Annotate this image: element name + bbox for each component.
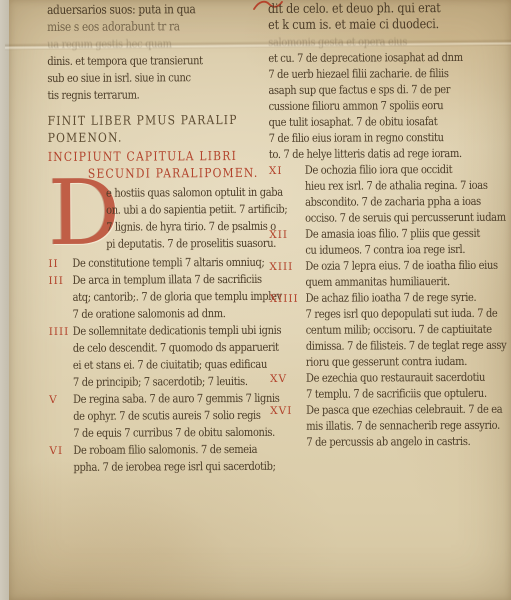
chapter-numeral: XV — [270, 371, 287, 387]
left-column: aduersarios suos: puta in quamise s eos … — [47, 1, 265, 476]
capitula-list-left: IIDe constitutione templi 7 altaris omni… — [48, 254, 265, 476]
text-line: De arca in templum illata 7 de sacrifici… — [72, 271, 237, 289]
text-line: rioru que gesserunt contra iudam. — [306, 353, 485, 370]
chapter-numeral: III — [48, 273, 64, 290]
text-line: 7 de percussis ab angelo in castris. — [306, 433, 485, 450]
text-line: abscondito. 7 de zacharia ppha a ioas — [305, 193, 484, 210]
capitula-list-right: XIDe ochozia filio iora que occidithieu … — [269, 161, 511, 450]
capitulum-text: De amasia ioas filio. 7 pliis que gessit… — [305, 225, 511, 258]
chapter-numeral: XI — [269, 163, 283, 179]
text-line: to. 7 de helye litteris datis ad rege io… — [269, 145, 479, 162]
text-line: De achaz filio ioatha 7 de rege syrie. — [306, 289, 485, 306]
capitulum-text: De achaz filio ioatha 7 de rege syrie.7 … — [306, 289, 511, 370]
text-line: salomonis gesta et opera eius — [268, 33, 478, 50]
right-column: dit de celo. et deuo ph. qui eratet k cu… — [268, 1, 511, 450]
text-line: 7 de equis 7 curribus 7 de obitu salomon… — [73, 424, 238, 442]
text-line: sub eo siue in isrl. siue in cunc — [47, 69, 233, 87]
text-line: 7 reges isrl quo depopulati sut iuda. 7 … — [306, 305, 485, 322]
chapter-numeral: VI — [49, 443, 63, 460]
explicit-title: FINIT LIBER PMUS PARALIP POMENON. — [48, 111, 264, 146]
text-line: hieu rex isrl. 7 de athalia regina. 7 io… — [305, 177, 484, 194]
chapter-numeral: V — [49, 392, 58, 409]
text-line: De pasca que ezechias celebrauit. 7 de e… — [306, 401, 485, 418]
text-line: De roboam filio salomonis. 7 de semeia — [73, 441, 238, 459]
text-line: mis illatis. 7 de sennacherib rege assyr… — [306, 417, 485, 434]
text-line: ei et stans ei. 7 de ciuitatib; quas edi… — [73, 356, 238, 374]
capitulum-text: De arca in templum illata 7 de sacrifici… — [72, 271, 264, 323]
text-line: dinis. et tempora que transierunt — [47, 52, 233, 70]
illuminated-initial-d: D — [48, 181, 102, 253]
capitulum-entry: XIIDe amasia ioas filio. 7 pliis que ges… — [305, 225, 511, 258]
text-line: 7 de uerb hiezael filii zacharie. de fil… — [268, 65, 478, 82]
capitulum-text: De constitutione templi 7 altaris omniuq… — [72, 254, 264, 272]
text-line: ppha. 7 de ierobea rege isrl qui sacerdo… — [73, 458, 238, 476]
text-line: dit de celo. et deuo ph. qui erat — [268, 1, 478, 18]
text-line: quem ammanitas humiliauerit. — [305, 273, 484, 290]
capitulum-text: De ochozia filio iora que occidithieu re… — [305, 161, 511, 226]
capitulum-entry: XIDe ochozia filio iora que occidithieu … — [305, 161, 511, 226]
capitulum-entry: XIIIDe ozia 7 lepra eius. 7 de ioatha fi… — [305, 257, 511, 290]
text-line: occiso. 7 de seruis qui percusserunt iud… — [305, 209, 484, 226]
text-line: de celo descendit. 7 quomodo ds apparuer… — [73, 339, 238, 357]
capitulum-entry: XIIIIDe achaz filio ioatha 7 de rege syr… — [306, 289, 511, 370]
chapter-numeral: XIIII — [270, 291, 299, 307]
text-line: De regina saba. 7 de auro 7 gemmis 7 lig… — [73, 390, 238, 408]
parchment-page: aduersarios suos: puta in quamise s eos … — [9, 0, 511, 600]
text-line: 7 templu. 7 de sacrificiis que optuleru. — [306, 385, 485, 402]
chapter-numeral: II — [48, 256, 58, 273]
text-line: e hostiis quas salomon optulit in gaba — [106, 184, 242, 202]
chapter-numeral: XII — [269, 227, 288, 243]
capitulum-text: De roboam filio salomonis. 7 de semeiapp… — [73, 441, 265, 476]
chapter-numeral: XVI — [270, 403, 292, 419]
right-column-fragment: dit de celo. et deuo ph. qui eratet k cu… — [268, 1, 511, 162]
capitulum-text: De ozia 7 lepra eius. 7 de ioatha filio … — [305, 257, 511, 290]
text-line: 7 de filio eius ioram in regno constitu — [269, 129, 479, 146]
explicit-line: POMENON. — [48, 128, 234, 146]
capitulum-1-text: e hostiis quas salomon optulit in gabaon… — [106, 184, 264, 253]
text-line: De ochozia filio iora que occidit — [305, 161, 484, 178]
text-line: De sollemnitate dedicationis templi ubi … — [73, 322, 238, 340]
capitulum-entry: IIIDe arca in templum illata 7 de sacrif… — [72, 271, 264, 323]
text-line: de ophyr. 7 de scutis aureis 7 solio reg… — [73, 407, 238, 425]
text-line: 7 lignis. de hyra tirio. 7 de psalmis o — [106, 218, 242, 236]
left-column-fragment: aduersarios suos: puta in quamise s eos … — [47, 1, 264, 104]
manuscript-scan: aduersarios suos: puta in quamise s eos … — [0, 0, 511, 600]
capitulum-entry: VIDe roboam filio salomonis. 7 de semeia… — [73, 441, 265, 476]
text-line: De amasia ioas filio. 7 pliis que gessit — [305, 225, 484, 242]
capitulum-1: D e hostiis quas salomon optulit in gaba… — [48, 184, 264, 255]
capitulum-entry: XVDe ezechia quo restaurauit sacerdotiu7… — [306, 369, 511, 402]
explicit-line: FINIT LIBER PMUS PARALIP — [48, 111, 234, 129]
capitulum-entry: VDe regina saba. 7 de auro 7 gemmis 7 li… — [73, 390, 265, 442]
capitulum-text: De ezechia quo restaurauit sacerdotiu7 t… — [306, 369, 511, 402]
text-line: asaph sup que factus e sps di. 7 de per — [268, 81, 478, 98]
text-line: on. ubi a do sapientia petiit. 7 artific… — [106, 201, 242, 219]
text-line: De constitutione templi 7 altaris omniuq… — [72, 254, 237, 272]
text-line: et k cum is. et maie ci duodeci. — [268, 17, 478, 34]
capitulum-entry: IIDe constitutione templi 7 altaris omni… — [72, 254, 264, 272]
text-line: cu idumeos. 7 contra ioa rege isrl. — [305, 241, 484, 258]
text-line: aduersarios suos: puta in qua — [47, 1, 233, 19]
chapter-numeral: XIII — [269, 259, 293, 275]
text-line: cussione filioru ammon 7 spoliis eoru — [269, 97, 479, 114]
capitulum-text: De regina saba. 7 de auro 7 gemmis 7 lig… — [73, 390, 265, 442]
text-line: et cu. 7 de deprecatione iosaphat ad dnm — [268, 49, 478, 66]
text-line: mise s eos adorabunt tr ra — [47, 18, 233, 36]
text-line: 7 de principib; 7 sacerdotib; 7 leuitis. — [73, 373, 238, 391]
text-line: De ozia 7 lepra eius. 7 de ioatha filio … — [305, 257, 484, 274]
capitulum-entry: XVIDe pasca que ezechias celebrauit. 7 d… — [306, 401, 511, 450]
text-line: ua regum gestis hec quam — [47, 35, 233, 53]
capitulum-entry: IIIIDe sollemnitate dedicationis templi … — [73, 322, 265, 391]
text-line: 7 de oratione salomonis ad dnm. — [73, 305, 238, 323]
text-line: dimissa. 7 de filisteis. 7 de teglat reg… — [306, 337, 485, 354]
chapter-numeral: IIII — [49, 324, 70, 341]
text-line: tis regnis terrarum. — [47, 86, 233, 104]
text-line: que tulit iosaphat. 7 de obitu iosafat — [269, 113, 479, 130]
capitulum-text: De sollemnitate dedicationis templi ubi … — [73, 322, 265, 391]
text-line: atq; cantorib;. 7 de gloria que templu i… — [73, 288, 238, 306]
text-line: De ezechia quo restaurauit sacerdotiu — [306, 369, 485, 386]
text-line: pi deputatis. 7 de proselitis suasoru. — [106, 235, 242, 253]
capitulum-text: De pasca que ezechias celebrauit. 7 de e… — [306, 401, 511, 450]
text-line: centum milib; occisoru. 7 de captiuitate — [306, 321, 485, 338]
